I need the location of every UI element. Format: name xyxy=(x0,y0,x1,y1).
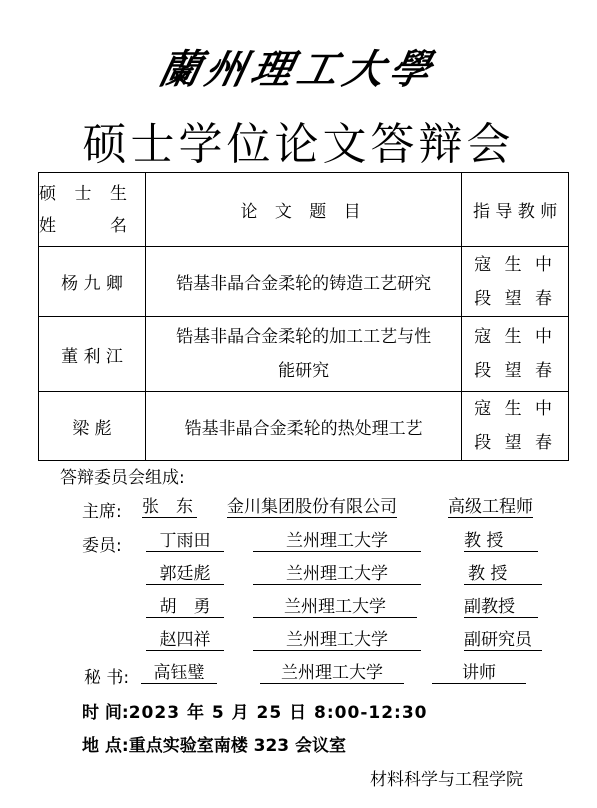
defense-table: 硕士生 姓名 论 文 题 目 指 导 教 师 杨 九 卿 锆基非晶合金柔轮的铸造… xyxy=(38,172,569,461)
chair-title: 高级工程师 xyxy=(448,497,533,518)
thesis-title: 锆基非晶合金柔轮的热处理工艺 xyxy=(145,392,461,461)
table-row: 梁 彪 锆基非晶合金柔轮的热处理工艺 寇 生 中段 望 春 xyxy=(39,392,569,461)
secretary-name: 高钰璧 xyxy=(141,663,217,684)
header-advisor: 指 导 教 师 xyxy=(462,173,569,247)
advisors: 寇 生 中段 望 春 xyxy=(462,247,569,317)
header-char: 姓 xyxy=(39,210,56,242)
chair-name: 张 东 xyxy=(142,497,197,518)
member-org: 兰州理工大学 xyxy=(253,597,417,618)
header-char: 硕 xyxy=(39,178,56,210)
advisor-name: 寇 生 中 xyxy=(462,392,568,426)
member-title: 教 授 xyxy=(464,564,542,585)
place-row: 地 点:重点实验室南楼 323 会议室 xyxy=(82,731,346,756)
member-title: 教 授 xyxy=(464,531,538,552)
table-row: 杨 九 卿 锆基非晶合金柔轮的铸造工艺研究 寇 生 中段 望 春 xyxy=(39,247,569,317)
time-label: 时 间: xyxy=(82,703,129,723)
member-name: 胡 勇 xyxy=(146,597,224,618)
member-title: 副教授 xyxy=(464,597,538,618)
place-value: 重点实验室南楼 323 会议室 xyxy=(129,736,346,756)
table-row: 董 利 江 锆基非晶合金柔轮的加工工艺与性能研究 寇 生 中段 望 春 xyxy=(39,317,569,392)
member-name: 郭廷彪 xyxy=(146,564,224,585)
header-student-name: 硕士生 姓名 xyxy=(39,173,146,247)
advisor-name: 寇 生 中 xyxy=(462,248,568,282)
thesis-title-line: 能研究 xyxy=(146,354,461,388)
student-name: 杨 九 卿 xyxy=(39,247,146,317)
member-name: 赵四祥 xyxy=(146,630,224,651)
advisor-name: 段 望 春 xyxy=(462,354,568,388)
thesis-title: 锆基非晶合金柔轮的铸造工艺研究 xyxy=(145,247,461,317)
chair-org: 金川集团股份有限公司 xyxy=(227,497,397,518)
advisors: 寇 生 中段 望 春 xyxy=(462,392,569,461)
university-logo: 蘭州理工大學 xyxy=(0,38,597,95)
organizer: 材料科学与工程学院 xyxy=(370,765,523,790)
thesis-title-line: 锆基非晶合金柔轮的加工工艺与性 xyxy=(146,320,461,354)
members-label: 委员: xyxy=(82,531,122,556)
member-title: 副研究员 xyxy=(464,630,542,651)
header-thesis: 论 文 题 目 xyxy=(145,173,461,247)
header-char: 名 xyxy=(110,210,127,242)
header-char: 士 xyxy=(75,178,92,210)
advisor-name: 段 望 春 xyxy=(462,426,568,460)
place-label: 地 点: xyxy=(82,736,129,756)
member-org: 兰州理工大学 xyxy=(253,564,421,585)
time-value: 2023 年 5 月 25 日 8:00-12:30 xyxy=(129,703,428,723)
advisor-name: 段 望 春 xyxy=(462,282,568,316)
student-name: 董 利 江 xyxy=(39,317,146,392)
secretary-label: 秘 书: xyxy=(84,663,129,688)
table-header-row: 硕士生 姓名 论 文 题 目 指 导 教 师 xyxy=(39,173,569,247)
committee-heading: 答辩委员会组成: xyxy=(60,463,185,488)
thesis-title-line: 锆基非晶合金柔轮的铸造工艺研究 xyxy=(176,274,431,294)
header-char: 生 xyxy=(110,178,127,210)
member-org: 兰州理工大学 xyxy=(253,630,421,651)
member-org: 兰州理工大学 xyxy=(253,531,421,552)
chair-label: 主席: xyxy=(82,497,122,522)
student-name: 梁 彪 xyxy=(39,392,146,461)
page-title: 硕士学位论文答辩会 xyxy=(0,108,597,172)
thesis-title: 锆基非晶合金柔轮的加工工艺与性能研究 xyxy=(145,317,461,392)
secretary-org: 兰州理工大学 xyxy=(260,663,404,684)
secretary-title: 讲师 xyxy=(432,663,526,684)
time-row: 时 间:2023 年 5 月 25 日 8:00-12:30 xyxy=(82,698,427,723)
advisors: 寇 生 中段 望 春 xyxy=(462,317,569,392)
member-name: 丁雨田 xyxy=(146,531,224,552)
thesis-title-line: 锆基非晶合金柔轮的热处理工艺 xyxy=(185,419,423,439)
advisor-name: 寇 生 中 xyxy=(462,320,568,354)
